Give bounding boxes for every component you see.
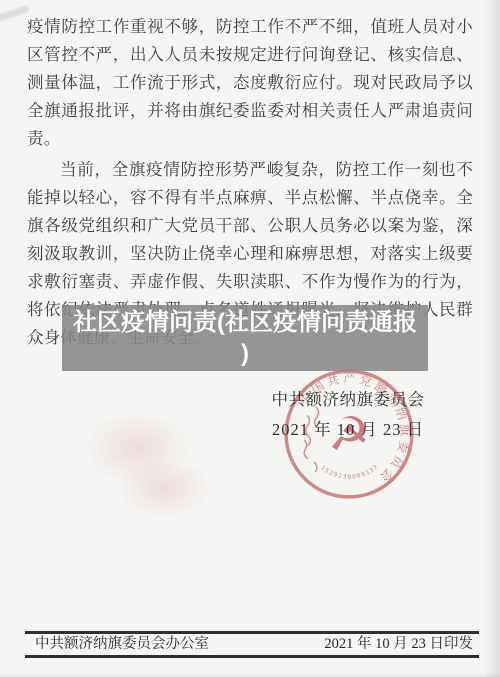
title-overlay-banner: 社区疫情问责(社区疫情问责通报 ) <box>62 305 428 371</box>
overlay-title-line1: 社区疫情问责(社区疫情问责通报 <box>62 307 428 338</box>
scan-artifact <box>0 5 30 22</box>
signature-block: 中共额济纳旗委员会 2021 年 10 月 23 日 <box>238 391 458 439</box>
footer-rule-top <box>25 631 479 634</box>
ink-bleed-mark <box>118 458 210 518</box>
signature-org: 中共额济纳旗委员会 <box>238 391 458 409</box>
overlay-title-line2: ) <box>62 338 428 369</box>
signature-date: 2021 年 10 月 23 日 <box>238 421 458 439</box>
seal-code: 1529230000137 <box>319 463 380 480</box>
footer-print-date: 2021 年 10 月 23 日印发 <box>324 635 473 654</box>
footer: 中共额济纳旗委员会办公室 2021 年 10 月 23 日印发 <box>25 635 479 654</box>
scan-edge-shadow <box>484 0 500 677</box>
scanned-document-page: 疫情防控工作重视不够，防控工作不严不细，值班人员对小区管控不严，出入人员未按规定… <box>0 0 500 677</box>
scan-edge-shadow <box>0 671 500 677</box>
footer-rule-bottom <box>25 655 479 658</box>
footer-issuer: 中共额济纳旗委员会办公室 <box>35 635 209 654</box>
paragraph-1: 疫情防控工作重视不够，防控工作不严不细，值班人员对小区管控不严，出入人员未按规定… <box>27 13 473 153</box>
document-body: 疫情防控工作重视不够，防控工作不严不细，值班人员对小区管控不严，出入人员未按规定… <box>27 13 473 352</box>
